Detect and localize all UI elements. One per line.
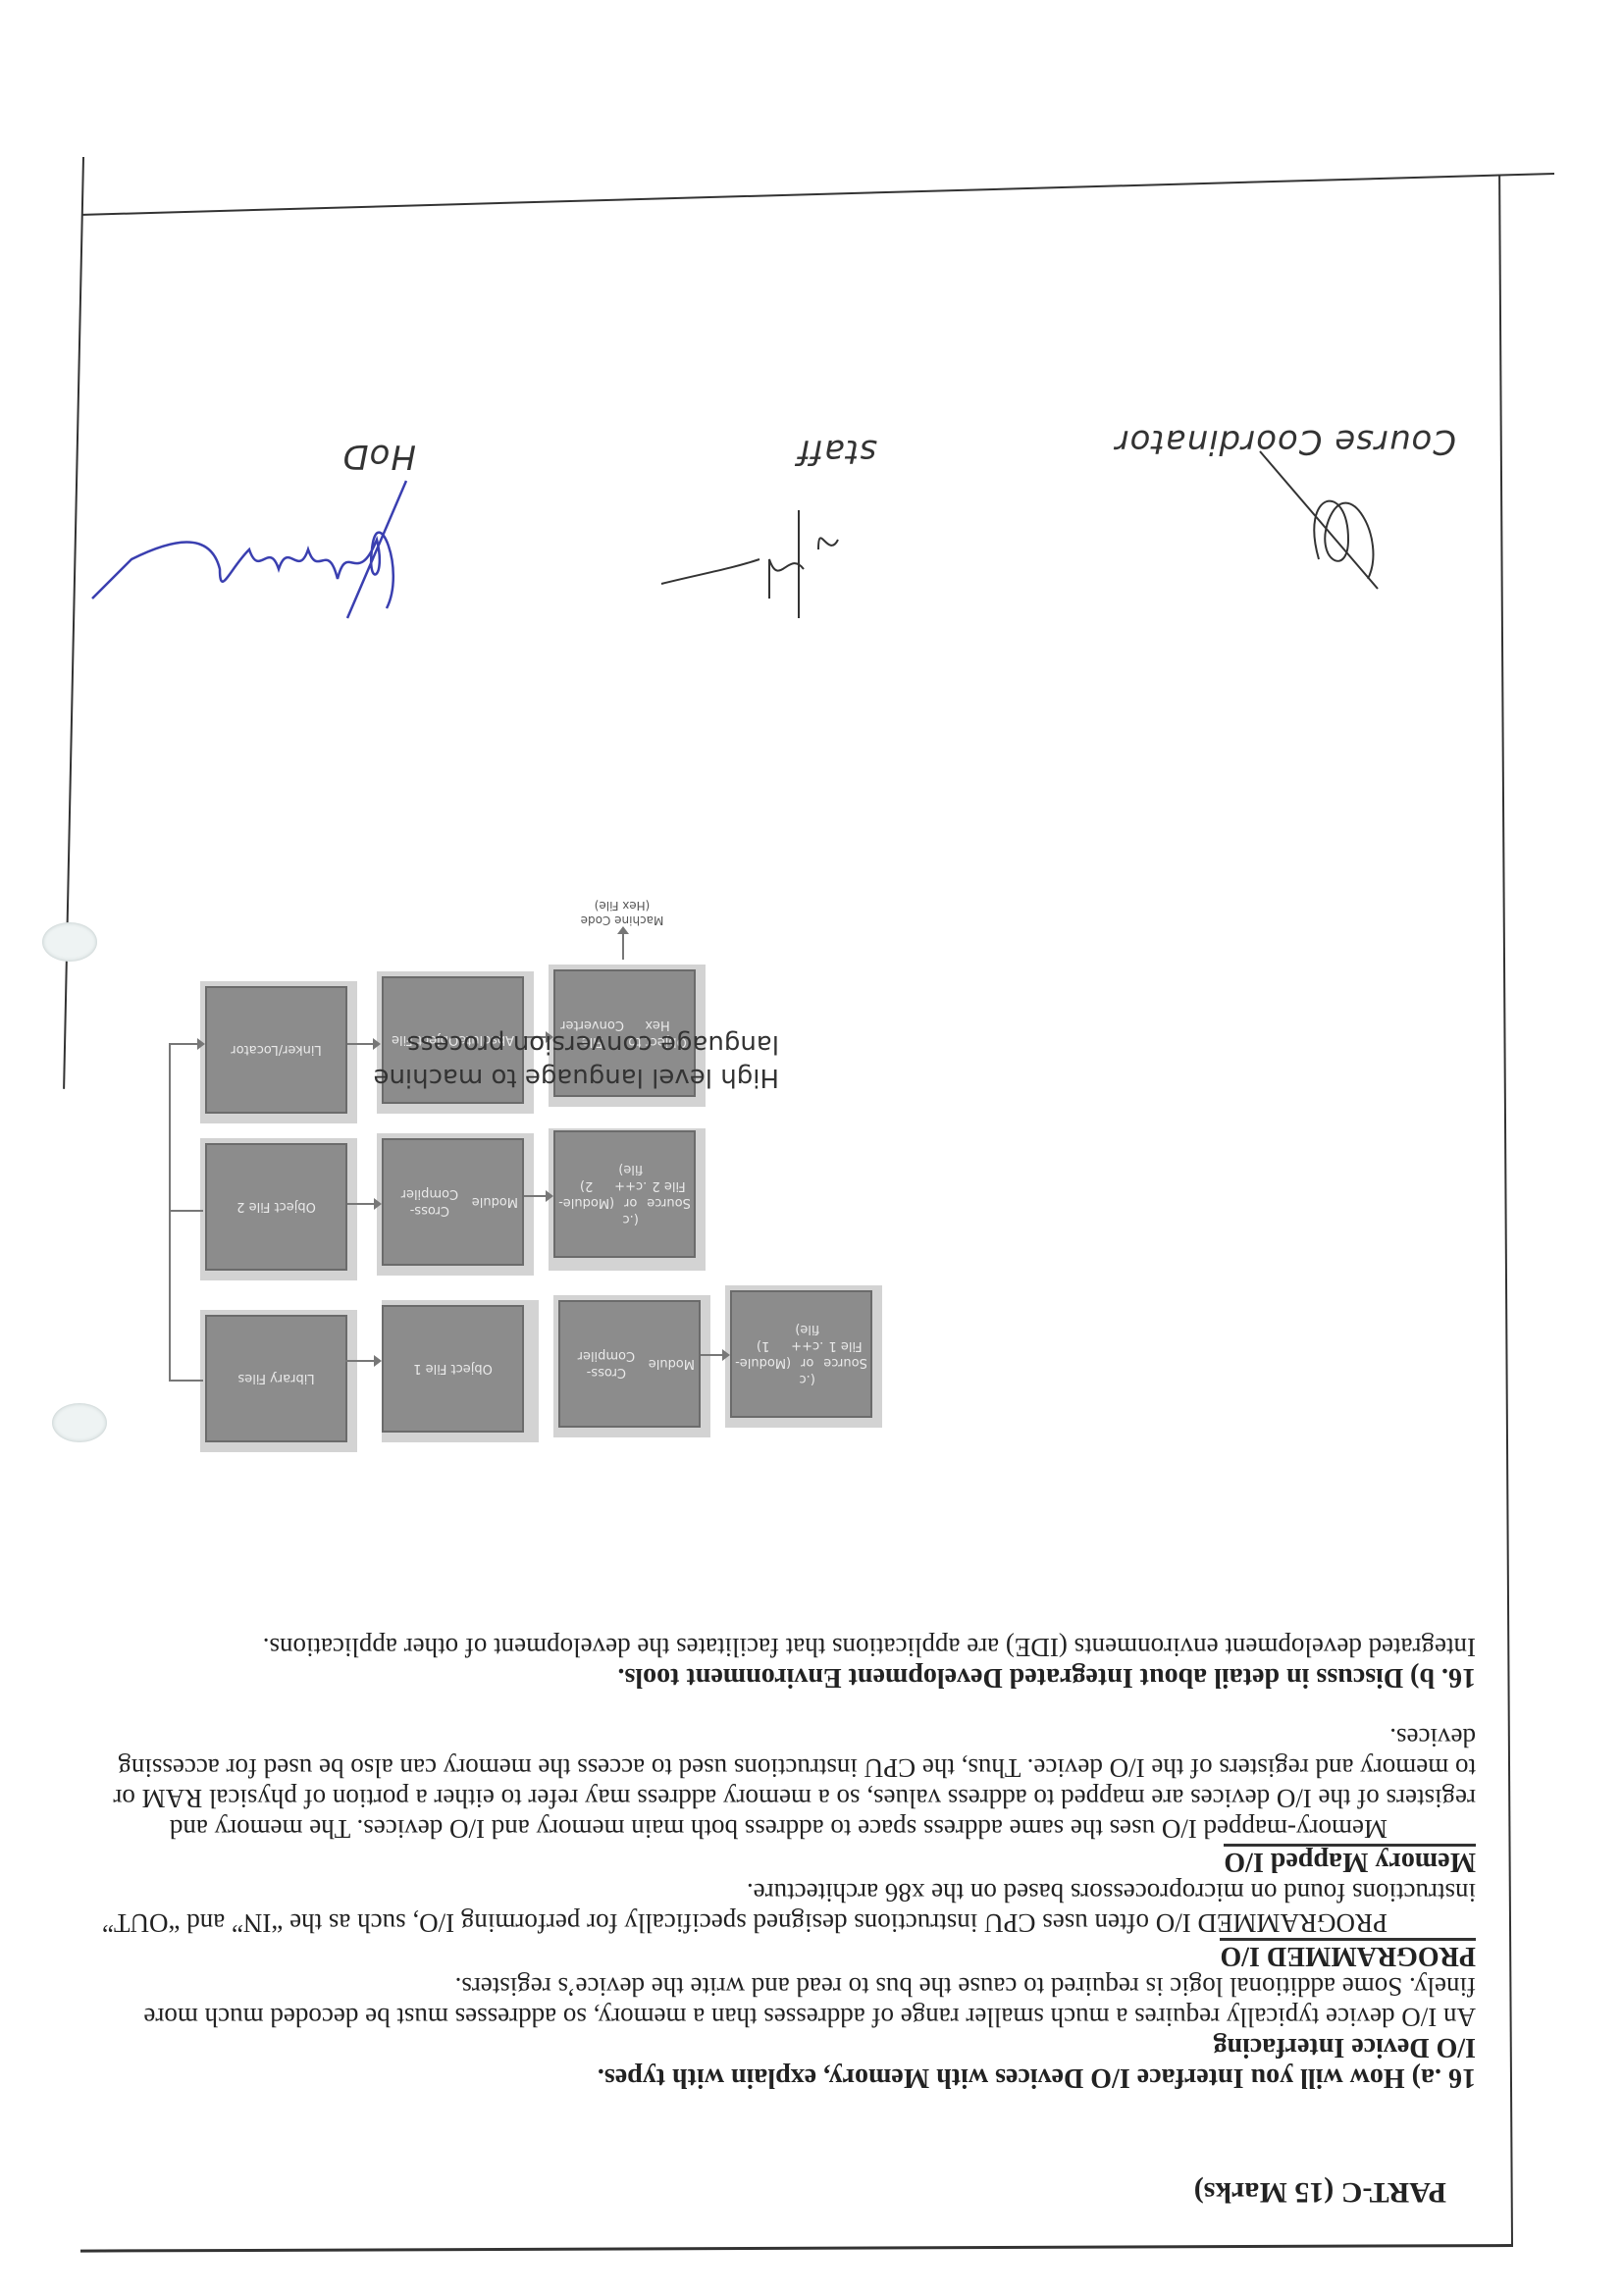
section-text-programmed-io: PROGRAMMED I/O often uses CPU instructio… bbox=[102, 1877, 1476, 1938]
signature-coordinator bbox=[1172, 442, 1407, 599]
signature-hod bbox=[53, 471, 465, 628]
punch-hole bbox=[52, 1403, 107, 1442]
section-title-programmed-io: PROGRAMMED I/O bbox=[1220, 1938, 1476, 1971]
box-source-file-2: Source File 2(.c or .c++ file)(Module-2) bbox=[553, 1130, 696, 1258]
part-heading: PART-C (15 Marks) bbox=[102, 2177, 1446, 2208]
box-cross-compiler-2: ModuleCross-Compiler bbox=[382, 1138, 524, 1266]
section-title-memory-mapped-io: Memory Mapped I/O bbox=[1224, 1844, 1476, 1877]
scanned-page: PART-C (15 Marks) 16 .a) How will you In… bbox=[0, 0, 1623, 2296]
section-text-io-interfacing: An I/O device typically requires a much … bbox=[102, 1971, 1476, 2032]
punch-hole bbox=[42, 922, 97, 962]
signature-staff bbox=[642, 461, 897, 628]
box-linker-locator: Linker/Locator bbox=[205, 986, 347, 1114]
document-body: PART-C (15 Marks) 16 .a) How will you In… bbox=[102, 1632, 1476, 2237]
section-text-ide: Integrated development environments (IDE… bbox=[102, 1632, 1476, 1662]
figure-caption: High level language to machine language … bbox=[373, 1027, 779, 1094]
box-object-file-1: Object File 1 bbox=[382, 1305, 524, 1433]
page-border-bottom bbox=[83, 173, 1554, 216]
arrow-cc2-to-obj2 bbox=[347, 1203, 380, 1205]
arrow-cc1-to-obj1 bbox=[345, 1360, 380, 1362]
caption-line-2: language conversion process bbox=[373, 1027, 779, 1061]
arrow-sf1-to-cc1 bbox=[701, 1354, 728, 1356]
box-object-file-2: Object File 2 bbox=[205, 1143, 347, 1271]
section-text-memory-mapped-io: Memory-mapped I/O uses the same address … bbox=[102, 1722, 1476, 1844]
arrow-to-machine-code bbox=[622, 934, 624, 960]
arrow-bus-to-linker bbox=[169, 1043, 203, 1045]
section-title-io-interfacing: I/O Device Interfacing bbox=[1214, 2032, 1477, 2062]
box-cross-compiler-1: ModuleCross-Compiler bbox=[558, 1300, 701, 1428]
machine-code-label: Machine Code(Hex File) bbox=[563, 898, 681, 927]
page-border-top bbox=[80, 2244, 1513, 2253]
box-source-file-1: Source File 1(.c or .c++ file)(Module-1) bbox=[730, 1290, 872, 1418]
question-16a: 16 .a) How will you Interface I/O Device… bbox=[102, 2062, 1476, 2093]
signature-label-hod: HoD bbox=[341, 437, 416, 476]
bus-line bbox=[169, 1043, 171, 1382]
caption-line-1: High level language to machine bbox=[373, 1061, 779, 1094]
box-library-files: Library Files bbox=[205, 1315, 347, 1442]
page-border-left bbox=[1498, 175, 1513, 2245]
arrow-sf2-to-cc2 bbox=[524, 1195, 551, 1197]
question-16b: 16. b) Discuss in detail about Integrate… bbox=[102, 1662, 1476, 1693]
